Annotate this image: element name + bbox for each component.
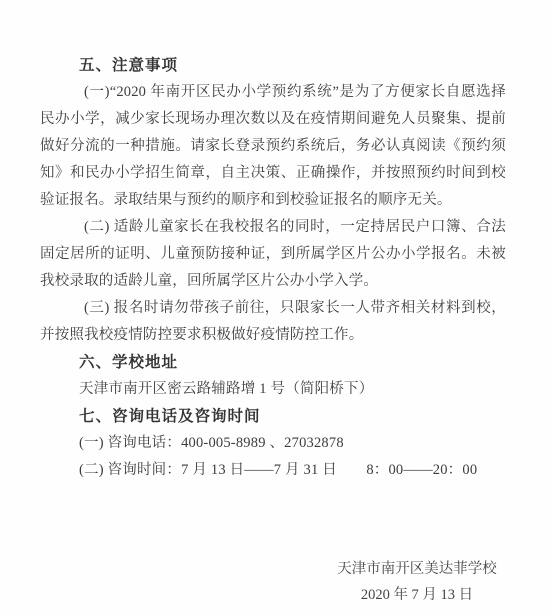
section-6-heading: 六、学校地址 — [79, 349, 506, 376]
section-5-heading: 五、注意事项 — [79, 52, 506, 79]
consult-time-line: (二) 咨询时间：7 月 13 日——7 月 31 日 8：00——20：00 — [79, 457, 506, 484]
signature-school-name: 天津市南开区美达菲学校 — [307, 556, 527, 582]
consult-phone-line: (一) 咨询电话：400-005-8989 、27032878 — [79, 430, 506, 457]
signature-block: 天津市南开区美达菲学校 2020 年 7 月 13 日 — [307, 556, 527, 608]
section-7-heading: 七、咨询电话及咨询时间 — [79, 403, 506, 430]
section-5-item-3: (三) 报名时请勿带孩子前往，只限家长一人带齐相关材料到校，并按照我校疫情防控要… — [40, 295, 506, 349]
section-5-item-1: (一)“2020 年南开区民办小学预约系统”是为了方便家长自愿选择民办小学，减少… — [40, 79, 506, 214]
signature-date: 2020 年 7 月 13 日 — [307, 582, 527, 608]
document-page: 五、注意事项 (一)“2020 年南开区民办小学预约系统”是为了方便家长自愿选择… — [0, 0, 550, 613]
section-5-item-2: (二) 适龄儿童家长在我校报名的同时，一定持居民户口簿、合法固定居所的证明、儿童… — [40, 214, 506, 295]
school-address-line: 天津市南开区密云路辅路增 1 号（简阳桥下） — [79, 376, 506, 403]
